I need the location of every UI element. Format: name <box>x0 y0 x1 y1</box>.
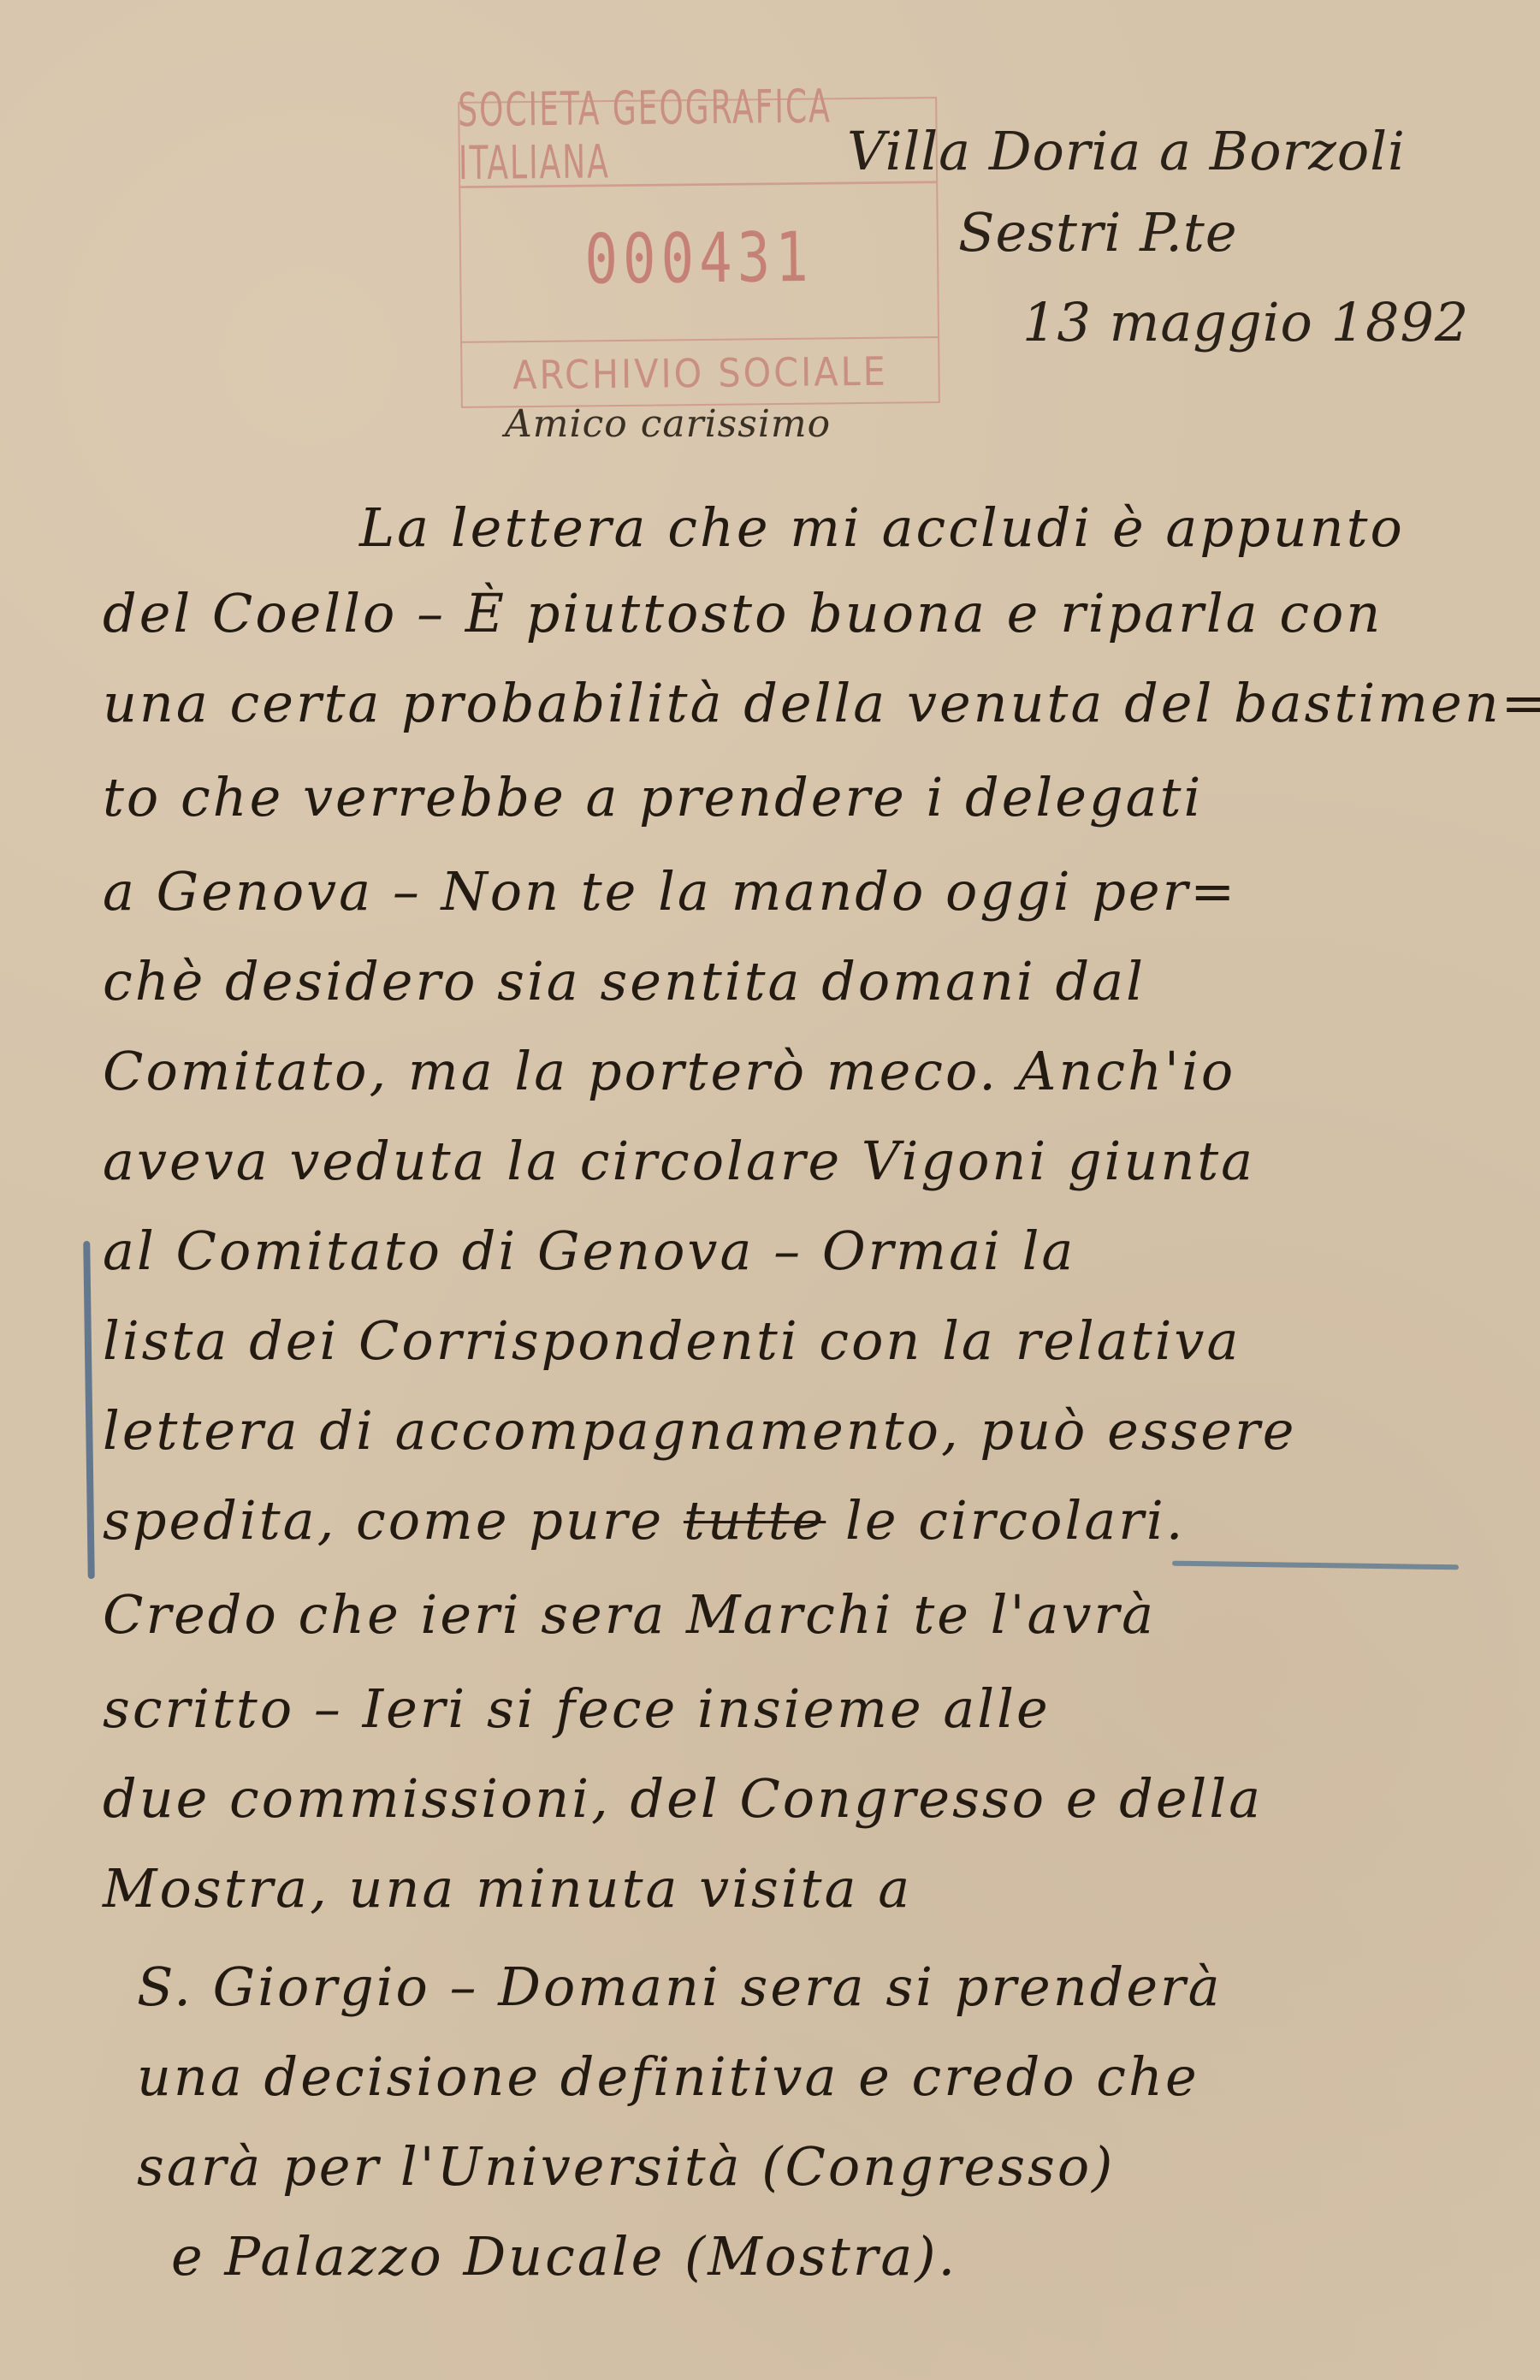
body-line-13: Credo che ieri sera Marchi te l'avrà <box>103 1583 1156 1646</box>
body-line-3: una certa probabilità della venuta del b… <box>103 672 1540 734</box>
body-line-12-start: spedita, come pure <box>103 1489 664 1552</box>
body-line-6: chè desidero sia sentita domani dal <box>103 950 1146 1012</box>
body-line-11: lettera di accompagnamento, può essere <box>103 1399 1296 1462</box>
struck-word: tutte <box>684 1489 826 1552</box>
body-line-16: Mostra, una minuta visita a <box>103 1857 912 1920</box>
body-line-9: al Comitato di Genova – Ormai la <box>103 1220 1075 1282</box>
body-line-19: sarà per l'Università (Congresso) <box>137 2135 1115 2198</box>
place-line-1: Villa Doria a Borzoli <box>847 120 1406 182</box>
letter-date: 13 maggio 1892 <box>1022 291 1469 353</box>
blue-underline-mark <box>1172 1561 1459 1570</box>
body-line-17: S. Giorgio – Domani sera si prenderà <box>137 1956 1223 2018</box>
body-line-18: una decisione definitiva e credo che <box>137 2045 1199 2108</box>
body-line-2: del Coello – È piuttosto buona e riparla… <box>103 582 1383 644</box>
body-line-8: aveva veduta la circolare Vigoni giunta <box>103 1130 1255 1192</box>
salutation: Amico carissimo <box>505 402 831 446</box>
stamp-archive-label: ARCHIVIO SOCIALE <box>460 336 940 408</box>
body-line-10: lista dei Corrispondenti con la relativa <box>103 1309 1241 1372</box>
body-line-7: Comitato, ma la porterò meco. Anch'io <box>103 1040 1235 1102</box>
body-line-15: due commissioni, del Congresso e della <box>103 1767 1263 1830</box>
body-line-20: e Palazzo Ducale (Mostra). <box>171 2225 957 2288</box>
body-line-14: scritto – Ieri si fece insieme alle <box>103 1677 1051 1740</box>
body-line-12: spedita, come pure tutte le circolari. <box>103 1489 1185 1552</box>
place-line-2: Sestri P.te <box>958 201 1238 264</box>
letter-page: SOCIETA GEOGRAFICA ITALIANA 000431 ARCHI… <box>0 0 1540 2380</box>
body-line-5: a Genova – Non te la mando oggi per= <box>103 860 1237 923</box>
body-line-1: La lettera che mi accludi è appunto <box>359 496 1405 559</box>
underlined-phrase: le circolari. <box>845 1489 1185 1552</box>
stamp-archive-number: 000431 <box>459 217 939 301</box>
body-line-4: to che verrebbe a prendere i delegati <box>103 766 1203 828</box>
blue-margin-mark <box>83 1241 95 1579</box>
